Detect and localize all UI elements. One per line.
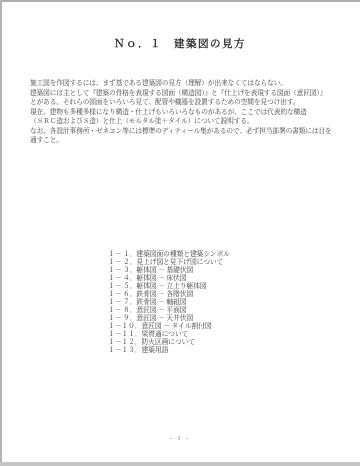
toc-item: １－ ８．意匠図 － 平面図: [108, 307, 230, 315]
page-number: - 1 -: [0, 435, 360, 442]
table-of-contents: １－ １．建築図面の種類と建築シンボル １－ ２．見上げ図と見下げ図について １…: [108, 251, 230, 355]
page-title: Ｎｏ．１ 建築図の見方: [0, 36, 360, 51]
paragraph-line: 建築図には主として『建築の骨格を表現する図面（構造図）』と『仕上げを表現する図面…: [30, 89, 336, 99]
toc-item: １－ ９．意匠図 － 天井伏図: [108, 315, 230, 323]
paragraph-line: なお、各設計事務所・ゼネコン等には標準のディティール集があるので、必ず担当部署の…: [30, 127, 336, 137]
page-top-edge: [0, 0, 360, 2]
toc-item: １－１２．防火区画について: [108, 339, 230, 347]
toc-item: １－１０．意匠図 － タイル割付図: [108, 323, 230, 331]
toc-item: １－ １．建築図面の種類と建築シンボル: [108, 251, 230, 259]
paragraph-line: 施工図を作図するには、まず基である建築図の見方（理解）が出来なくてはならない。: [30, 79, 336, 89]
toc-item: １－ ６．鉄骨図 － 各階伏図: [108, 291, 230, 299]
paragraph-line: （ＳＲＣ造およびＳ造）と仕上（モルタル塗＋タイル）について説明する。: [30, 117, 336, 127]
page-bottom-edge: [0, 462, 360, 466]
toc-item: １－ ４．躯体図 － 床伏図: [108, 275, 230, 283]
toc-item: １－ ５．躯体図 － 立上り躯体図: [108, 283, 230, 291]
intro-paragraph: 施工図を作図するには、まず基である建築図の見方（理解）が出来なくてはならない。 …: [30, 79, 336, 146]
toc-item: １－ ３．躯体図 － 基礎伏図: [108, 267, 230, 275]
paragraph-line: 通すこと。: [30, 136, 336, 146]
paragraph-line: 現在、建物も多種多様になり構造・仕上げもいろいろなものがあるが、ここでは代表的な…: [30, 108, 336, 118]
page-left-edge: [0, 0, 2, 462]
document-page: Ｎｏ．１ 建築図の見方 施工図を作図するには、まず基である建築図の見方（理解）が…: [0, 0, 360, 466]
paragraph-line: とがある。それらの図面をいろいろ見て、配管や機器を設置するための空間を見つけ出す…: [30, 98, 336, 108]
toc-item: １－１３．建築用語: [108, 347, 230, 355]
toc-item: １－ ７．鉄骨図 － 軸組図: [108, 299, 230, 307]
toc-item: １－１１．梁貫通について: [108, 331, 230, 339]
toc-item: １－ ２．見上げ図と見下げ図について: [108, 259, 230, 267]
